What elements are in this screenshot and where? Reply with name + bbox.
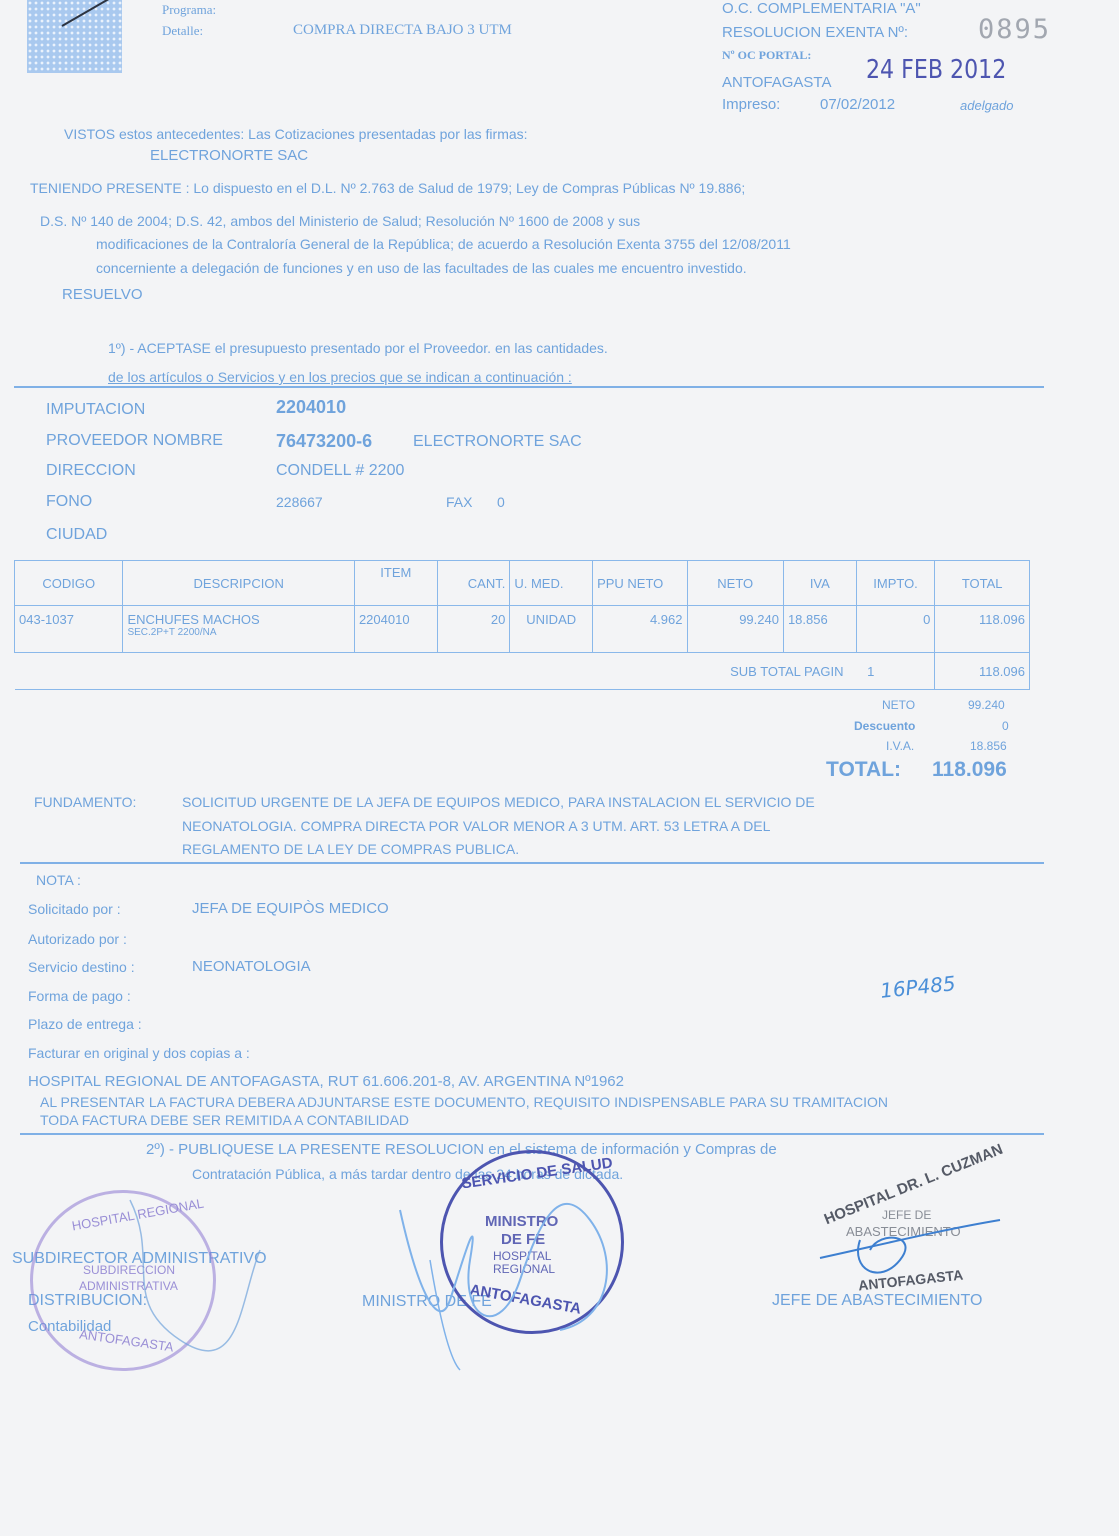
signatures-ink	[0, 0, 1119, 1536]
